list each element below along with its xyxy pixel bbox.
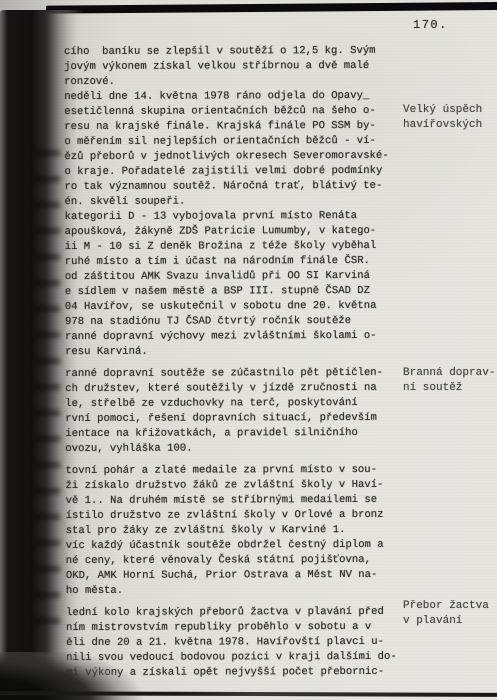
text-line: tovní pohár a zlaté medaile za první mís… — [65, 463, 396, 479]
margin-note-swimming-championship: Přebor žactva v plavání — [403, 599, 489, 628]
text-line: le, střelbě ze vzduchovky na terč, posky… — [65, 396, 396, 412]
text-line: apoušková, žákyně ZDŠ Patricie Lumumby, … — [65, 224, 396, 240]
margin-note-traffic-contest: Branná doprav- ní soutěž — [403, 366, 495, 395]
text-line: víc každý účastník soutěže obdržel čestn… — [66, 538, 397, 554]
text-line: én. skvělí soupeři. — [65, 194, 396, 210]
text-line: né ceny, které věnovaly Česká státní poj… — [66, 553, 397, 569]
page-number: 170. — [413, 18, 448, 32]
text-line: resu Karviná. — [65, 344, 396, 360]
text-line: ronzové. — [64, 74, 395, 90]
text-line: ži získalo družstvo žáků ze zvláštní ško… — [66, 478, 397, 494]
text-line: jovým výkonem získal velkou stříbrnou a … — [64, 59, 395, 75]
text-line: 04 Havířov, se uskutečnil v sobotu dne 2… — [65, 299, 396, 315]
text-line: od záštitou AMK Svazu invalidů při OO SI… — [65, 269, 396, 285]
text-line: ním mistrovstvím republiky proběhlo v so… — [66, 620, 397, 636]
text-line: vě 1.. Na druhém místě se stříbrnými med… — [66, 493, 397, 509]
text-line: neděli dne 14. května 1978 ráno odjela d… — [64, 89, 395, 105]
scan-edge-top — [46, 2, 497, 14]
margin-note-orienteering-success: Velký úspěch havířovských — [403, 103, 482, 132]
text-line: stal pro žáky ze zvláštní školy v Karvin… — [66, 523, 397, 539]
text-line: ro tak významnou soutěž. Náročná trať, b… — [64, 179, 395, 195]
typewritten-text-body: cího baníku se zlepšil v soutěží o 12,5 … — [64, 44, 397, 681]
text-line: ístilo družstvo ze zvláštní školy v Orlo… — [66, 508, 397, 524]
text-line: 978 na stadiónu TJ ČSAD čtvrtý ročník so… — [65, 314, 396, 330]
text-line: o kraje. Pořadatelé zajistili velmi dobr… — [64, 164, 395, 180]
text-line: e sídlem v našem městě a BSP III. stupně… — [65, 284, 396, 300]
text-line: kategorii D - 13 vybojovala první místo … — [65, 209, 396, 225]
scanned-chronicle-page: 170. cího baníku se zlepšil v soutěží o … — [0, 0, 497, 700]
text-line: ientace na křižovatkách, a pravidel siln… — [65, 426, 396, 442]
text-line: ovozu, vyhláška 100. — [65, 441, 396, 457]
text-line: ii M - 10 si Z deněk Brožina z téže škol… — [65, 239, 396, 255]
text-line: ranné dopravní výchovy mezi zvláštními š… — [65, 329, 396, 345]
text-line: ch družstev, které soutěžily v jízdě zru… — [65, 381, 396, 397]
text-line: o měřením sil nejlepších orientačních bě… — [64, 134, 395, 150]
text-line: cího baníku se zlepšil v soutěží o 12,5 … — [64, 44, 395, 60]
text-line: esetičlenná skupina orientačních běžců n… — [64, 104, 395, 120]
ink-bleed-marks — [34, 150, 60, 640]
text-line: ězů přeborů v jednotlivých okresech Seve… — [64, 149, 395, 165]
text-line: ranné dopravní soutěže se zúčastnilo pět… — [65, 366, 396, 382]
text-line: ěli dne 20 a 21. května 1978. Havířovští… — [66, 635, 397, 651]
text-line: rvní pomoci, řešení dopravních situací, … — [65, 411, 396, 427]
text-line: lední kolo krajských přeborů žactva v pl… — [66, 605, 397, 621]
text-line: resu na krajské finále. Krajská finále P… — [64, 119, 395, 135]
text-line: ho města. — [66, 583, 397, 599]
text-line: ruhé místo a tím i účast na národním fin… — [65, 254, 396, 270]
text-line: OKD, AMK Horní Suchá, Prior Ostrava a Mě… — [66, 568, 397, 584]
